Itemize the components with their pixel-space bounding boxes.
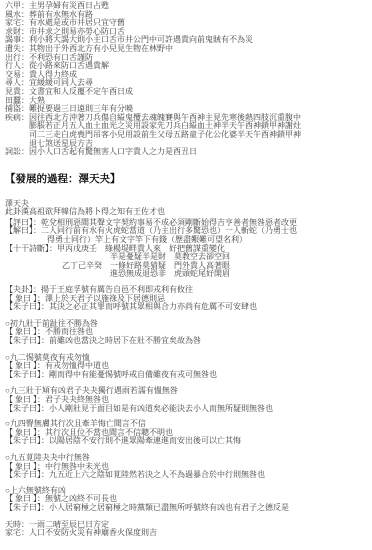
text-line: 【朱子曰】：剛而得中有能憂惕號呼戒自備雖夜有戎可無咎也 xyxy=(0,371,372,380)
text-line: 【朱子曰】：前雖凶也當決之時居下在壯不勝宜矣故為咎 xyxy=(0,337,372,346)
page: 六甲：主男孕婦有災酉日占甦風水：葬前有水無水有路家宅：有水處是或市井居只宜守舊求… xyxy=(0,0,372,550)
section-title: 【發展的過程：澤天夬】 xyxy=(0,174,372,186)
text-line: 見貴：文書宜和人反覆不定午酉日成 xyxy=(0,88,372,97)
text-line: 進恐無成退恐非 虎頭蛇尾好開眉 xyxy=(0,270,372,279)
text-line: 【朱子曰】：小人居窮極之居窮極之時黨類已盡無所呼號終有凶也有君子之德反是 xyxy=(0,504,372,513)
text-line: 詞訟：因小人口舌起有驚無害人口字貴人之力是酉丑日 xyxy=(0,148,372,157)
document-body: 六甲：主男孕婦有災酉日占甦風水：葬前有水無水有路家宅：有水處是或市井居只宜守舊求… xyxy=(0,2,372,550)
text-line: 【朱子曰】：小人剛壯見于面目如是有凶道矣必能決去小人而無所疑則無咎也 xyxy=(0,405,372,414)
text-line: 【朱子曰】：其決之必正其罪而呼號其眾相與合力亦尚有危厲不可安肆也 xyxy=(0,303,372,312)
text-line: 此卦漢高祖欲拜韓信為將卜得之知有王佐才也 xyxy=(0,208,372,217)
text-line: 【朱子曰】：九五近上六之陰如莧陸然若決之人不為過暴合於中行則無咎也 xyxy=(0,471,372,480)
text-line: 家宅：人口不安防火災有神廟香火保度則吉 xyxy=(0,529,372,538)
text-line: 【朱子曰】：以陽居陰不安行則不進眾陽牽連進而安出後可以亡其悔 xyxy=(0,437,372,446)
